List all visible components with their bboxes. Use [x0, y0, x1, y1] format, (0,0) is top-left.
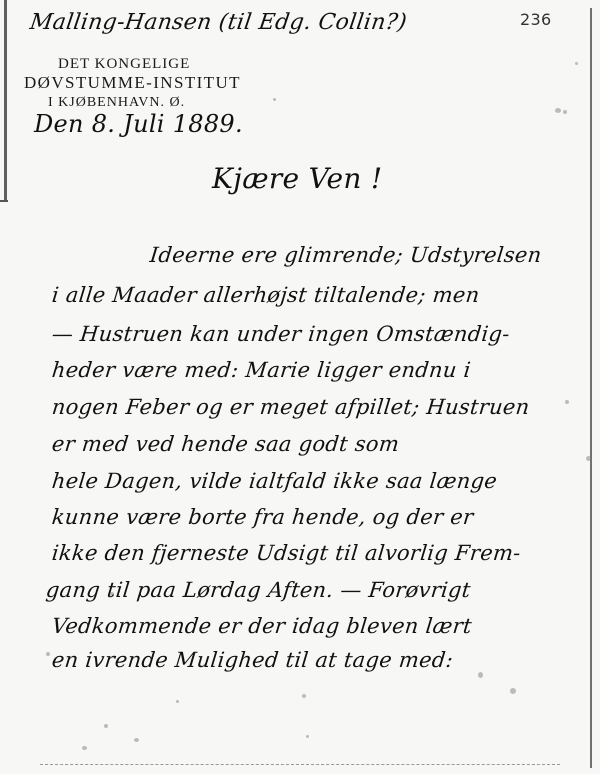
scan-speck	[134, 738, 139, 742]
scan-speck	[575, 62, 578, 65]
body-line: — Hustruen kan under ingen Omstændig-	[51, 322, 511, 346]
body-line: heder være med: Marie ligger endnu i	[51, 358, 472, 382]
scan-speck	[563, 110, 567, 114]
scan-speck	[82, 746, 87, 750]
body-line: Vedkommende er der idag bleven lært	[51, 614, 473, 638]
scan-speck	[565, 400, 569, 404]
body-line: ikke den fjerneste Udsigt til alvorlig F…	[51, 541, 522, 565]
letterhead-line-2: DØVSTUMME-INSTITUT	[24, 73, 241, 93]
letter-date: Den 8. Juli 1889.	[34, 110, 243, 138]
attribution-note: Malling-Hansen (til Edg. Collin?)	[28, 10, 408, 35]
body-line: hele Dagen, vilde ialtfald ikke saa læng…	[51, 469, 499, 493]
salutation: Kjære Ven !	[212, 162, 382, 195]
right-edge-rule	[590, 8, 592, 768]
letter-page: Malling-Hansen (til Edg. Collin?) 236 DE…	[0, 0, 600, 774]
scan-speck	[176, 700, 179, 703]
body-line: gang til paa Lørdag Aften. — Forøvrigt	[45, 578, 472, 602]
body-line: en ivrende Mulighed til at tage med:	[51, 648, 455, 672]
body-line: i alle Maader allerhøjst tiltalende; men	[51, 283, 481, 307]
page-number: 236	[520, 10, 551, 29]
scan-speck	[306, 735, 309, 738]
scan-speck	[586, 456, 591, 461]
scan-speck	[302, 694, 306, 698]
body-line: er med ved hende saa godt som	[51, 432, 401, 456]
scan-speck	[555, 108, 561, 113]
body-line: kunne være borte fra hende, og der er	[51, 505, 475, 529]
body-line: nogen Feber og er meget afpillet; Hustru…	[51, 395, 531, 419]
letterhead-line-3: I KJØBENHAVN. Ø.	[48, 95, 185, 111]
scan-speck	[478, 672, 483, 678]
scan-speck	[46, 652, 50, 656]
body-line: Ideerne ere glimrende; Udstyrelsen	[149, 243, 543, 267]
left-edge-rule	[4, 0, 7, 202]
left-edge-rule-foot	[0, 200, 8, 202]
scan-speck	[273, 98, 276, 101]
scan-speck	[510, 688, 516, 694]
bottom-edge-rule	[40, 764, 560, 766]
letterhead-line-1: DET KONGELIGE	[58, 56, 190, 73]
scan-speck	[104, 724, 108, 728]
